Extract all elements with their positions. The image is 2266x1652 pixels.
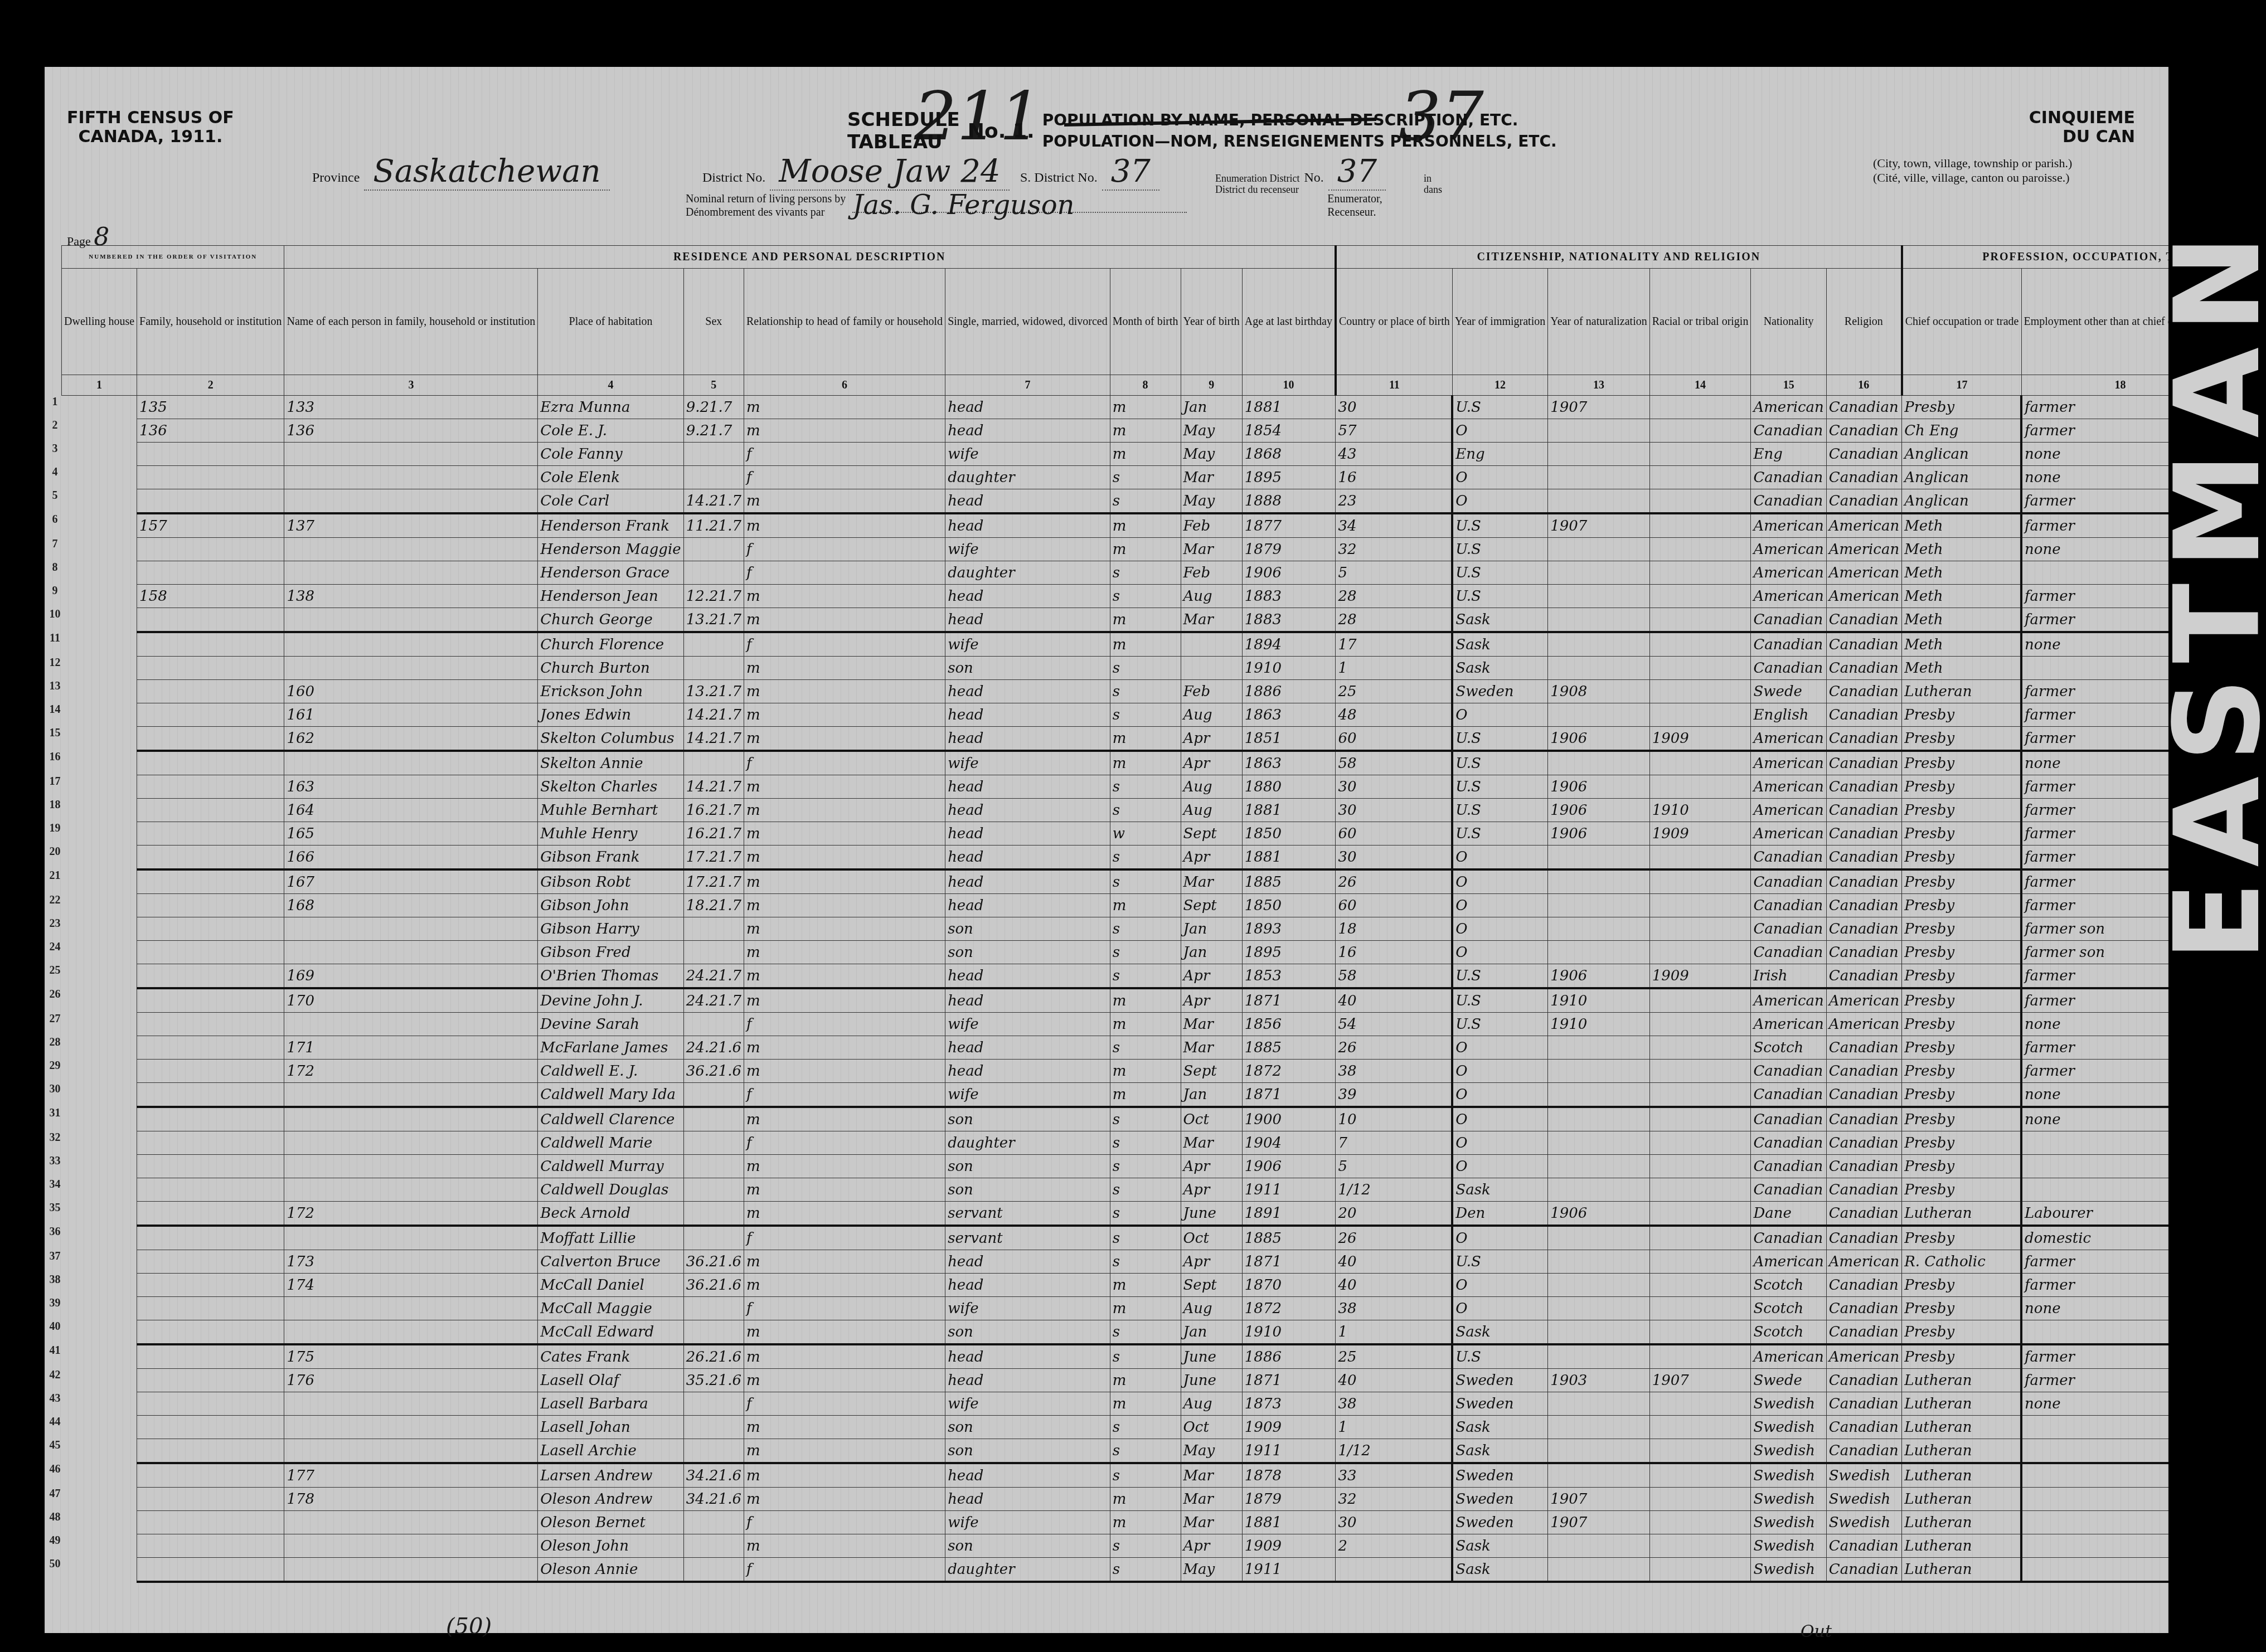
cell-origin: American	[1751, 396, 1826, 419]
cell-month: Aug	[1181, 775, 1242, 799]
cell-name: Gibson Harry	[538, 917, 683, 941]
cell-nation: Canadian	[1826, 1060, 1901, 1083]
cell-year: 1881	[1242, 846, 1336, 870]
cell-rel: head	[945, 727, 1110, 751]
cell-dw	[137, 1439, 284, 1464]
cell-imm: 1907	[1548, 1511, 1649, 1534]
cell-birth: Sask	[1452, 608, 1547, 633]
cell-fam	[284, 1320, 538, 1345]
cell-nat	[1649, 538, 1751, 561]
table-row: 39McCall MaggiefwifemAug187238OScotchCan…	[62, 1297, 2266, 1320]
column-number-11: 11	[1336, 375, 1452, 396]
cell-month: Sept	[1181, 1274, 1242, 1297]
cell-religion: Lutheran	[1902, 1534, 2021, 1558]
cell-nation: Canadian	[1826, 1297, 1901, 1320]
cell-name: Church George	[538, 608, 683, 633]
cell-origin: American	[1751, 1013, 1826, 1036]
cell-dw	[137, 1178, 284, 1202]
cell-dw	[137, 894, 284, 917]
cell-age: 54	[1336, 1013, 1452, 1036]
cell-month: May	[1181, 419, 1242, 443]
column-number-17: 17	[1902, 375, 2021, 396]
cell-cond: s	[1110, 1250, 1181, 1274]
cell-year: 1911	[1242, 1558, 1336, 1582]
city-label: (City, town, village, township or parish…	[1873, 156, 2072, 185]
cell-name: Muhle Bernhart	[538, 799, 683, 822]
cell-birth: O	[1452, 1036, 1547, 1060]
cell-dw	[137, 1274, 284, 1297]
column-label-11: Country or place of birth	[1336, 269, 1452, 375]
line-number: 30	[45, 1083, 65, 1106]
cell-rel: head	[945, 680, 1110, 703]
cell-name: Henderson Frank	[538, 513, 683, 538]
cell-religion: Lutheran	[1902, 1416, 2021, 1439]
cell-year: 1906	[1242, 1155, 1336, 1178]
cell-sex: m	[744, 1320, 945, 1345]
cell-origin: Swedish	[1751, 1534, 1826, 1558]
cell-origin: Canadian	[1751, 608, 1826, 633]
cell-sex: f	[744, 1297, 945, 1320]
cell-cond: s	[1110, 561, 1181, 585]
cell-origin: Canadian	[1751, 1107, 1826, 1131]
line-number: 42	[45, 1369, 65, 1392]
line-number: 49	[45, 1534, 65, 1557]
cell-religion: Meth	[1902, 657, 2021, 680]
cell-cond: s	[1110, 964, 1181, 989]
cell-birth: U.S	[1452, 1250, 1547, 1274]
cell-nat	[1649, 1344, 1751, 1369]
cell-rel: wife	[945, 1083, 1110, 1107]
cell-religion: Presby	[1902, 799, 2021, 822]
cell-rel: son	[945, 1178, 1110, 1202]
cell-dw	[137, 988, 284, 1013]
column-number-2: 2	[137, 375, 284, 396]
table-row: 17163Skelton Charles14.21.7mheadsAug1880…	[62, 775, 2266, 799]
cell-rel: head	[945, 419, 1110, 443]
cell-dw	[137, 1226, 284, 1250]
cell-fam	[284, 466, 538, 489]
cell-nation: Swedish	[1826, 1488, 1901, 1511]
cell-age: 10	[1336, 1107, 1452, 1131]
cell-age: 30	[1336, 799, 1452, 822]
cell-name: Erickson John	[538, 680, 683, 703]
cell-fam	[284, 1416, 538, 1439]
cell-nat	[1649, 1131, 1751, 1155]
cell-sex: f	[744, 538, 945, 561]
cell-year: 1873	[1242, 1392, 1336, 1416]
cell-rel: head	[945, 799, 1110, 822]
cell-age: 48	[1336, 703, 1452, 727]
cell-place: 34.21.6	[683, 1463, 744, 1488]
cell-place	[683, 1226, 744, 1250]
cell-cond: m	[1110, 1083, 1181, 1107]
cell-religion: Presby	[1902, 727, 2021, 751]
cell-age: 40	[1336, 1369, 1452, 1392]
cell-rel: daughter	[945, 466, 1110, 489]
cell-age: 38	[1336, 1297, 1452, 1320]
cell-imm: 1906	[1548, 1202, 1649, 1226]
cell-imm	[1548, 419, 1649, 443]
cell-year: 1871	[1242, 1369, 1336, 1392]
cell-nat: 1909	[1649, 964, 1751, 989]
cell-cond: m	[1110, 894, 1181, 917]
cell-origin: English	[1751, 703, 1826, 727]
cell-sex: m	[744, 489, 945, 514]
cell-age: 26	[1336, 1226, 1452, 1250]
cell-sex: m	[744, 727, 945, 751]
table-row: 25169O'Brien Thomas24.21.7mheadsApr18535…	[62, 964, 2266, 989]
cell-place	[683, 1558, 744, 1582]
cell-month: June	[1181, 1202, 1242, 1226]
cell-place	[683, 1511, 744, 1534]
cell-fam	[284, 608, 538, 633]
cell-nat: 1909	[1649, 822, 1751, 846]
tableau-label: TABLEAU	[847, 131, 960, 153]
cell-nat	[1649, 561, 1751, 585]
cell-birth: U.S	[1452, 751, 1547, 775]
cell-birth: O	[1452, 1060, 1547, 1083]
cell-nat	[1649, 1463, 1751, 1488]
table-row: 8Henderson GracefdaughtersFeb19065U.SAme…	[62, 561, 2266, 585]
table-row: 14161Jones Edwin14.21.7mheadsAug186348OE…	[62, 703, 2266, 727]
cell-place: 36.21.6	[683, 1250, 744, 1274]
cell-place	[683, 561, 744, 585]
cell-nat	[1649, 513, 1751, 538]
cell-dw	[137, 1558, 284, 1582]
cell-place: 36.21.6	[683, 1060, 744, 1083]
cell-place	[683, 1202, 744, 1226]
line-number: 26	[45, 988, 65, 1011]
cell-fam: 168	[284, 894, 538, 917]
cell-sex: m	[744, 1369, 945, 1392]
cell-age: 20	[1336, 1202, 1452, 1226]
cell-nat	[1649, 680, 1751, 703]
cell-year: 1878	[1242, 1463, 1336, 1488]
cell-imm	[1548, 751, 1649, 775]
cell-cond: s	[1110, 703, 1181, 727]
footer-mark-value: 50	[455, 1614, 483, 1639]
cell-place: 24.21.7	[683, 988, 744, 1013]
cell-nat	[1649, 632, 1751, 657]
cell-nat	[1649, 775, 1751, 799]
cell-name: Caldwell Clarence	[538, 1107, 683, 1131]
cell-birth: O	[1452, 917, 1547, 941]
cell-cond: s	[1110, 489, 1181, 514]
cell-sex: m	[744, 1344, 945, 1369]
cell-origin: American	[1751, 585, 1826, 608]
cell-year: 1886	[1242, 680, 1336, 703]
enum-no-value: 37	[1328, 153, 1386, 191]
cell-birth: O	[1452, 489, 1547, 514]
cell-age: 30	[1336, 775, 1452, 799]
cell-rel: head	[945, 513, 1110, 538]
cell-nat	[1649, 869, 1751, 894]
cell-cond: s	[1110, 1344, 1181, 1369]
cell-age: 57	[1336, 419, 1452, 443]
cell-imm: 1906	[1548, 822, 1649, 846]
cell-month: Aug	[1181, 1392, 1242, 1416]
cell-year: 1895	[1242, 941, 1336, 964]
column-label-17: Chief occupation or trade	[1902, 269, 2021, 375]
cell-dw	[137, 1511, 284, 1534]
cell-nat: 1910	[1649, 799, 1751, 822]
cell-imm	[1548, 1392, 1649, 1416]
cell-origin: Canadian	[1751, 657, 1826, 680]
cell-year: 1909	[1242, 1416, 1336, 1439]
cell-religion: Presby	[1902, 1344, 2021, 1369]
cell-fam	[284, 1392, 538, 1416]
cell-origin: Swede	[1751, 680, 1826, 703]
table-row: 37173Calverton Bruce36.21.6mheadsApr1871…	[62, 1250, 2266, 1274]
column-number-16: 16	[1826, 375, 1901, 396]
table-row: 38174McCall Daniel36.21.6mheadmSept18704…	[62, 1274, 2266, 1297]
cell-year: 1881	[1242, 799, 1336, 822]
cell-cond: m	[1110, 988, 1181, 1013]
line-number: 36	[45, 1226, 65, 1248]
cell-rel: son	[945, 1439, 1110, 1464]
cell-imm	[1548, 894, 1649, 917]
cell-fam	[284, 657, 538, 680]
cell-nat	[1649, 846, 1751, 870]
cell-imm	[1548, 1558, 1649, 1582]
cell-cond: m	[1110, 1511, 1181, 1534]
cell-dw	[137, 917, 284, 941]
cell-name: Skelton Annie	[538, 751, 683, 775]
cell-place: 35.21.6	[683, 1369, 744, 1392]
cell-place: 18.21.7	[683, 894, 744, 917]
line-number: 34	[45, 1178, 65, 1201]
cell-imm	[1548, 1274, 1649, 1297]
cell-nat	[1649, 1226, 1751, 1250]
cell-nation: Canadian	[1826, 657, 1901, 680]
column-number-9: 9	[1181, 375, 1242, 396]
cell-month: Mar	[1181, 1013, 1242, 1036]
cell-dw	[137, 869, 284, 894]
cell-age: 17	[1336, 632, 1452, 657]
line-number: 21	[45, 869, 65, 892]
cell-age: 5	[1336, 1155, 1452, 1178]
cell-cond: w	[1110, 822, 1181, 846]
cell-birth: U.S	[1452, 988, 1547, 1013]
cell-name: Larsen Andrew	[538, 1463, 683, 1488]
line-number: 12	[45, 657, 65, 679]
cell-month: Mar	[1181, 1511, 1242, 1534]
cell-year: 1871	[1242, 1250, 1336, 1274]
cell-dw	[137, 466, 284, 489]
table-row: 41175Cates Frank26.21.6mheadsJune188625U…	[62, 1344, 2266, 1369]
cell-place: 14.21.7	[683, 727, 744, 751]
cell-cond: m	[1110, 513, 1181, 538]
cell-origin: Canadian	[1751, 1083, 1826, 1107]
dans-label: dans	[1424, 184, 1442, 195]
cell-year: 1854	[1242, 419, 1336, 443]
cell-month: Sept	[1181, 822, 1242, 846]
cell-imm	[1548, 703, 1649, 727]
cell-rel: wife	[945, 751, 1110, 775]
cell-dw	[137, 775, 284, 799]
column-label-16: Religion	[1826, 269, 1901, 375]
table-row: 20166Gibson Frank17.21.7mheadsApr188130O…	[62, 846, 2266, 870]
table-row: 29172Caldwell E. J.36.21.6mheadmSept1872…	[62, 1060, 2266, 1083]
cell-sex: m	[744, 608, 945, 633]
cell-age: 58	[1336, 751, 1452, 775]
cell-religion: Lutheran	[1902, 1392, 2021, 1416]
cell-birth: Den	[1452, 1202, 1547, 1226]
cell-sex: m	[744, 680, 945, 703]
cell-origin: Canadian	[1751, 1226, 1826, 1250]
cell-rel: head	[945, 608, 1110, 633]
cell-place: 14.21.7	[683, 775, 744, 799]
cell-cond: m	[1110, 538, 1181, 561]
cell-dw	[137, 1320, 284, 1345]
cell-fam: 172	[284, 1202, 538, 1226]
cell-year: 1850	[1242, 822, 1336, 846]
cell-name: Cole Carl	[538, 489, 683, 514]
cell-religion: Presby	[1902, 751, 2021, 775]
cell-imm: 1907	[1548, 1488, 1649, 1511]
line-number: 6	[45, 513, 65, 536]
cell-cond: m	[1110, 1013, 1181, 1036]
cell-name: Caldwell Marie	[538, 1131, 683, 1155]
cell-sex: m	[744, 703, 945, 727]
cell-nat	[1649, 1439, 1751, 1464]
cell-origin: Swede	[1751, 1369, 1826, 1392]
table-row: 49Oleson JohnmsonsApr19092SaskSwedishCan…	[62, 1534, 2266, 1558]
cell-year: 1877	[1242, 513, 1336, 538]
cell-origin: Canadian	[1751, 869, 1826, 894]
cell-month: Apr	[1181, 1178, 1242, 1202]
cell-origin: American	[1751, 988, 1826, 1013]
cell-fam: 138	[284, 585, 538, 608]
cell-sex: m	[744, 1202, 945, 1226]
cell-year: 1881	[1242, 1511, 1336, 1534]
cell-nation: Canadian	[1826, 396, 1901, 419]
cell-origin: Swedish	[1751, 1439, 1826, 1464]
cell-religion: Meth	[1902, 561, 2021, 585]
cell-fam: 137	[284, 513, 538, 538]
cell-origin: Canadian	[1751, 419, 1826, 443]
cell-religion: Presby	[1902, 396, 2021, 419]
cell-cond: s	[1110, 917, 1181, 941]
cell-imm	[1548, 846, 1649, 870]
cell-place	[683, 1320, 744, 1345]
cell-origin: American	[1751, 1344, 1826, 1369]
cell-sex: m	[744, 799, 945, 822]
line-number: 43	[45, 1392, 65, 1415]
cell-age: 30	[1336, 1511, 1452, 1534]
cell-place: 9.21.7	[683, 396, 744, 419]
cell-place: 13.21.7	[683, 608, 744, 633]
cell-birth: U.S	[1452, 964, 1547, 989]
cell-month: Mar	[1181, 1463, 1242, 1488]
cell-year: 1871	[1242, 988, 1336, 1013]
column-label-14: Racial or tribal origin	[1649, 269, 1751, 375]
cell-year: 1850	[1242, 894, 1336, 917]
cell-dw: 135	[137, 396, 284, 419]
cell-imm	[1548, 489, 1649, 514]
cell-year: 1886	[1242, 1344, 1336, 1369]
cell-nat	[1649, 1178, 1751, 1202]
cell-rel: wife	[945, 538, 1110, 561]
cell-origin: Swedish	[1751, 1392, 1826, 1416]
title-line-2: CANADA, 1911.	[67, 128, 234, 147]
cell-place	[683, 443, 744, 466]
enumerator-field: Nominal return of living persons byDénom…	[686, 192, 1382, 219]
cell-month: Apr	[1181, 988, 1242, 1013]
cell-origin: Dane	[1751, 1202, 1826, 1226]
cell-birth: Sask	[1452, 1558, 1547, 1582]
cell-religion: Anglican	[1902, 489, 2021, 514]
cell-birth: O	[1452, 419, 1547, 443]
cell-religion: Presby	[1902, 988, 2021, 1013]
line-number: 40	[45, 1320, 65, 1343]
line-number: 48	[45, 1511, 65, 1534]
cell-sex: m	[744, 657, 945, 680]
cell-year: 1894	[1242, 632, 1336, 657]
cell-imm	[1548, 1060, 1649, 1083]
cell-nat	[1649, 917, 1751, 941]
cell-imm	[1548, 1534, 1649, 1558]
cell-name: Church Florence	[538, 632, 683, 657]
cell-year: 1879	[1242, 1488, 1336, 1511]
cell-sex: m	[744, 775, 945, 799]
cell-sex: m	[744, 1534, 945, 1558]
cell-dw	[137, 489, 284, 514]
cell-fam	[284, 1511, 538, 1534]
cell-place	[683, 917, 744, 941]
cell-cond: m	[1110, 632, 1181, 657]
cell-year: 1895	[1242, 466, 1336, 489]
cell-fam	[284, 1439, 538, 1464]
cell-rel: head	[945, 1060, 1110, 1083]
cell-rel: head	[945, 988, 1110, 1013]
cell-religion: Presby	[1902, 894, 2021, 917]
cell-cond: s	[1110, 1202, 1181, 1226]
cell-age: 33	[1336, 1463, 1452, 1488]
cell-year: 1910	[1242, 657, 1336, 680]
cell-fam	[284, 751, 538, 775]
cell-dw	[137, 1369, 284, 1392]
cell-year: 1872	[1242, 1060, 1336, 1083]
title-fr-line-1: CINQUIEME	[2029, 109, 2135, 128]
cell-month: Jan	[1181, 396, 1242, 419]
cell-place	[683, 657, 744, 680]
cell-religion: R. Catholic	[1902, 1250, 2021, 1274]
line-number: 27	[45, 1013, 65, 1036]
column-number-10: 10	[1242, 375, 1336, 396]
cell-year: 1885	[1242, 869, 1336, 894]
enumerator-label-fr: Recenseur.	[1327, 206, 1382, 219]
cell-sex: m	[744, 869, 945, 894]
cell-sex: f	[744, 751, 945, 775]
cell-dw	[137, 799, 284, 822]
cell-origin: Canadian	[1751, 894, 1826, 917]
line-number: 46	[45, 1463, 65, 1486]
cell-month: Sept	[1181, 1060, 1242, 1083]
cell-sex: f	[744, 1558, 945, 1582]
line-number: 13	[45, 680, 65, 703]
cell-age: 25	[1336, 1344, 1452, 1369]
cell-dw: 136	[137, 419, 284, 443]
section-header-row: Numbered in the order of visitation Resi…	[62, 246, 2266, 269]
line-number: 32	[45, 1131, 65, 1154]
cell-month: May	[1181, 443, 1242, 466]
cell-month: May	[1181, 1558, 1242, 1582]
cell-nat	[1649, 751, 1751, 775]
cell-nation: Canadian	[1826, 775, 1901, 799]
cell-nat	[1649, 941, 1751, 964]
cell-month: Sept	[1181, 894, 1242, 917]
